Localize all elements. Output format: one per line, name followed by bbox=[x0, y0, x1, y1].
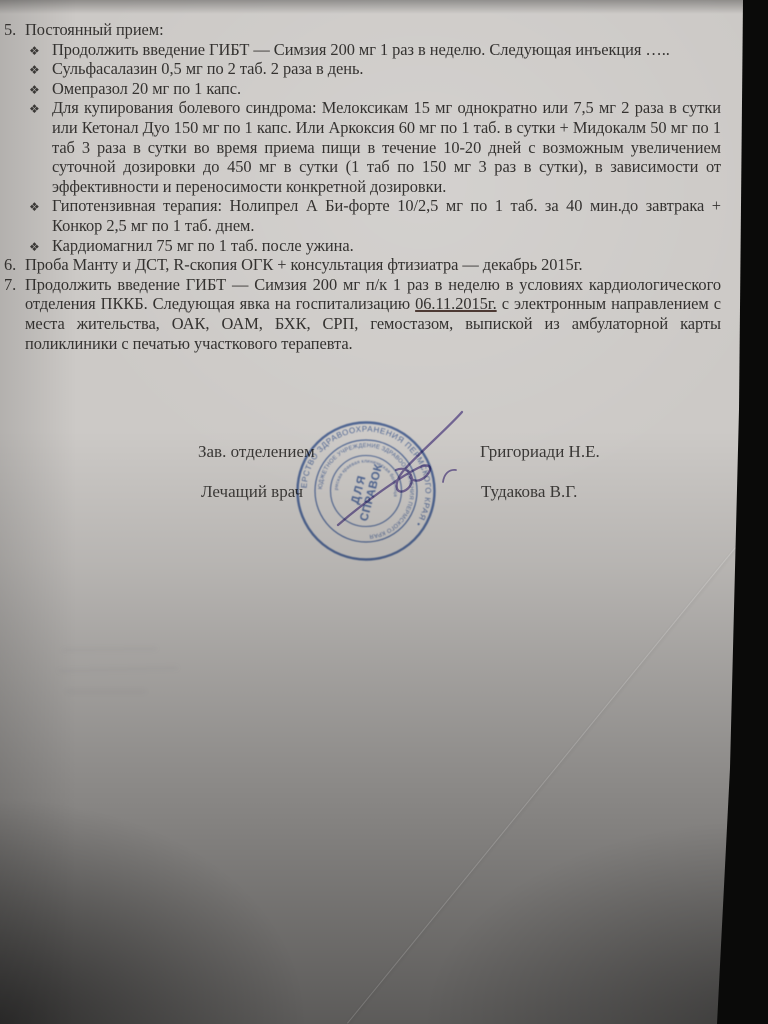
bullet-text: Кардиомагнил 75 мг по 1 таб. после ужина… bbox=[52, 236, 354, 255]
bleedthrough-mark bbox=[58, 666, 178, 672]
bullet-item: ❖Сульфасалазин 0,5 мг по 2 таб. 2 раза в… bbox=[4, 59, 721, 79]
diamond-bullet-icon: ❖ bbox=[29, 100, 40, 120]
round-stamp: МИНИСТЕРСТВО ЗДРАВООХРАНЕНИЯ ПЕРМСКОГО К… bbox=[286, 411, 446, 571]
signature-name-doctor: Тудакова В.Г. bbox=[481, 482, 577, 502]
svg-text:МИНИСТЕРСТВО ЗДРАВООХРАНЕНИЯ П: МИНИСТЕРСТВО ЗДРАВООХРАНЕНИЯ ПЕРМСКОГО К… bbox=[286, 411, 433, 528]
bullet-text: Продолжить введение ГИБТ — Симзия 200 мг… bbox=[52, 40, 670, 59]
paper-sheet: 5.Постоянный прием: ❖Продолжить введение… bbox=[0, 0, 768, 1024]
bullet-item: ❖Кардиомагнил 75 мг по 1 таб. после ужин… bbox=[4, 236, 721, 256]
bullet-text: Для купирования болевого синдрома: Мелок… bbox=[52, 98, 721, 195]
list-item-5: 5.Постоянный прием: bbox=[4, 20, 721, 40]
stamp-ring-outer-text: МИНИСТЕРСТВО ЗДРАВООХРАНЕНИЯ ПЕРМСКОГО К… bbox=[286, 411, 433, 528]
list-number: 6. bbox=[4, 255, 16, 275]
bleedthrough-mark bbox=[66, 690, 146, 693]
bullet-item: ❖Омепразол 20 мг по 1 капс. bbox=[4, 79, 721, 99]
photo-of-document: 5.Постоянный прием: ❖Продолжить введение… bbox=[0, 0, 768, 1024]
list-item-title: Постоянный прием: bbox=[25, 20, 164, 39]
underlined-date: 06.11.2015г. bbox=[415, 294, 497, 313]
paper-fold-line bbox=[347, 547, 736, 1023]
bullet-item: ❖Для купирования болевого синдрома: Мело… bbox=[4, 98, 721, 196]
list-item-6: 6.Проба Манту и ДСТ, R-скопия ОГК + конс… bbox=[4, 255, 721, 275]
bleedthrough-mark bbox=[62, 647, 157, 652]
list-item-text: Проба Манту и ДСТ, R-скопия ОГК + консул… bbox=[25, 255, 583, 274]
signature-name-head: Григориади Н.Е. bbox=[480, 442, 600, 462]
list-number: 7. bbox=[4, 275, 16, 295]
bullet-text: Сульфасалазин 0,5 мг по 2 таб. 2 раза в … bbox=[52, 59, 363, 78]
list-number: 5. bbox=[4, 20, 16, 40]
bullet-item: ❖Гипотензивная терапия: Нолипрел А Би-фо… bbox=[4, 196, 721, 235]
document-text: 5.Постоянный прием: ❖Продолжить введение… bbox=[4, 20, 721, 353]
bullet-text: Гипотензивная терапия: Нолипрел А Би-фор… bbox=[52, 196, 721, 235]
bullet-text: Омепразол 20 мг по 1 капс. bbox=[52, 79, 241, 98]
diamond-bullet-icon: ❖ bbox=[29, 198, 40, 218]
bullet-item: ❖Продолжить введение ГИБТ — Симзия 200 м… bbox=[4, 40, 721, 60]
list-item-7: 7.Продолжить введение ГИБТ — Симзия 200 … bbox=[4, 275, 721, 353]
